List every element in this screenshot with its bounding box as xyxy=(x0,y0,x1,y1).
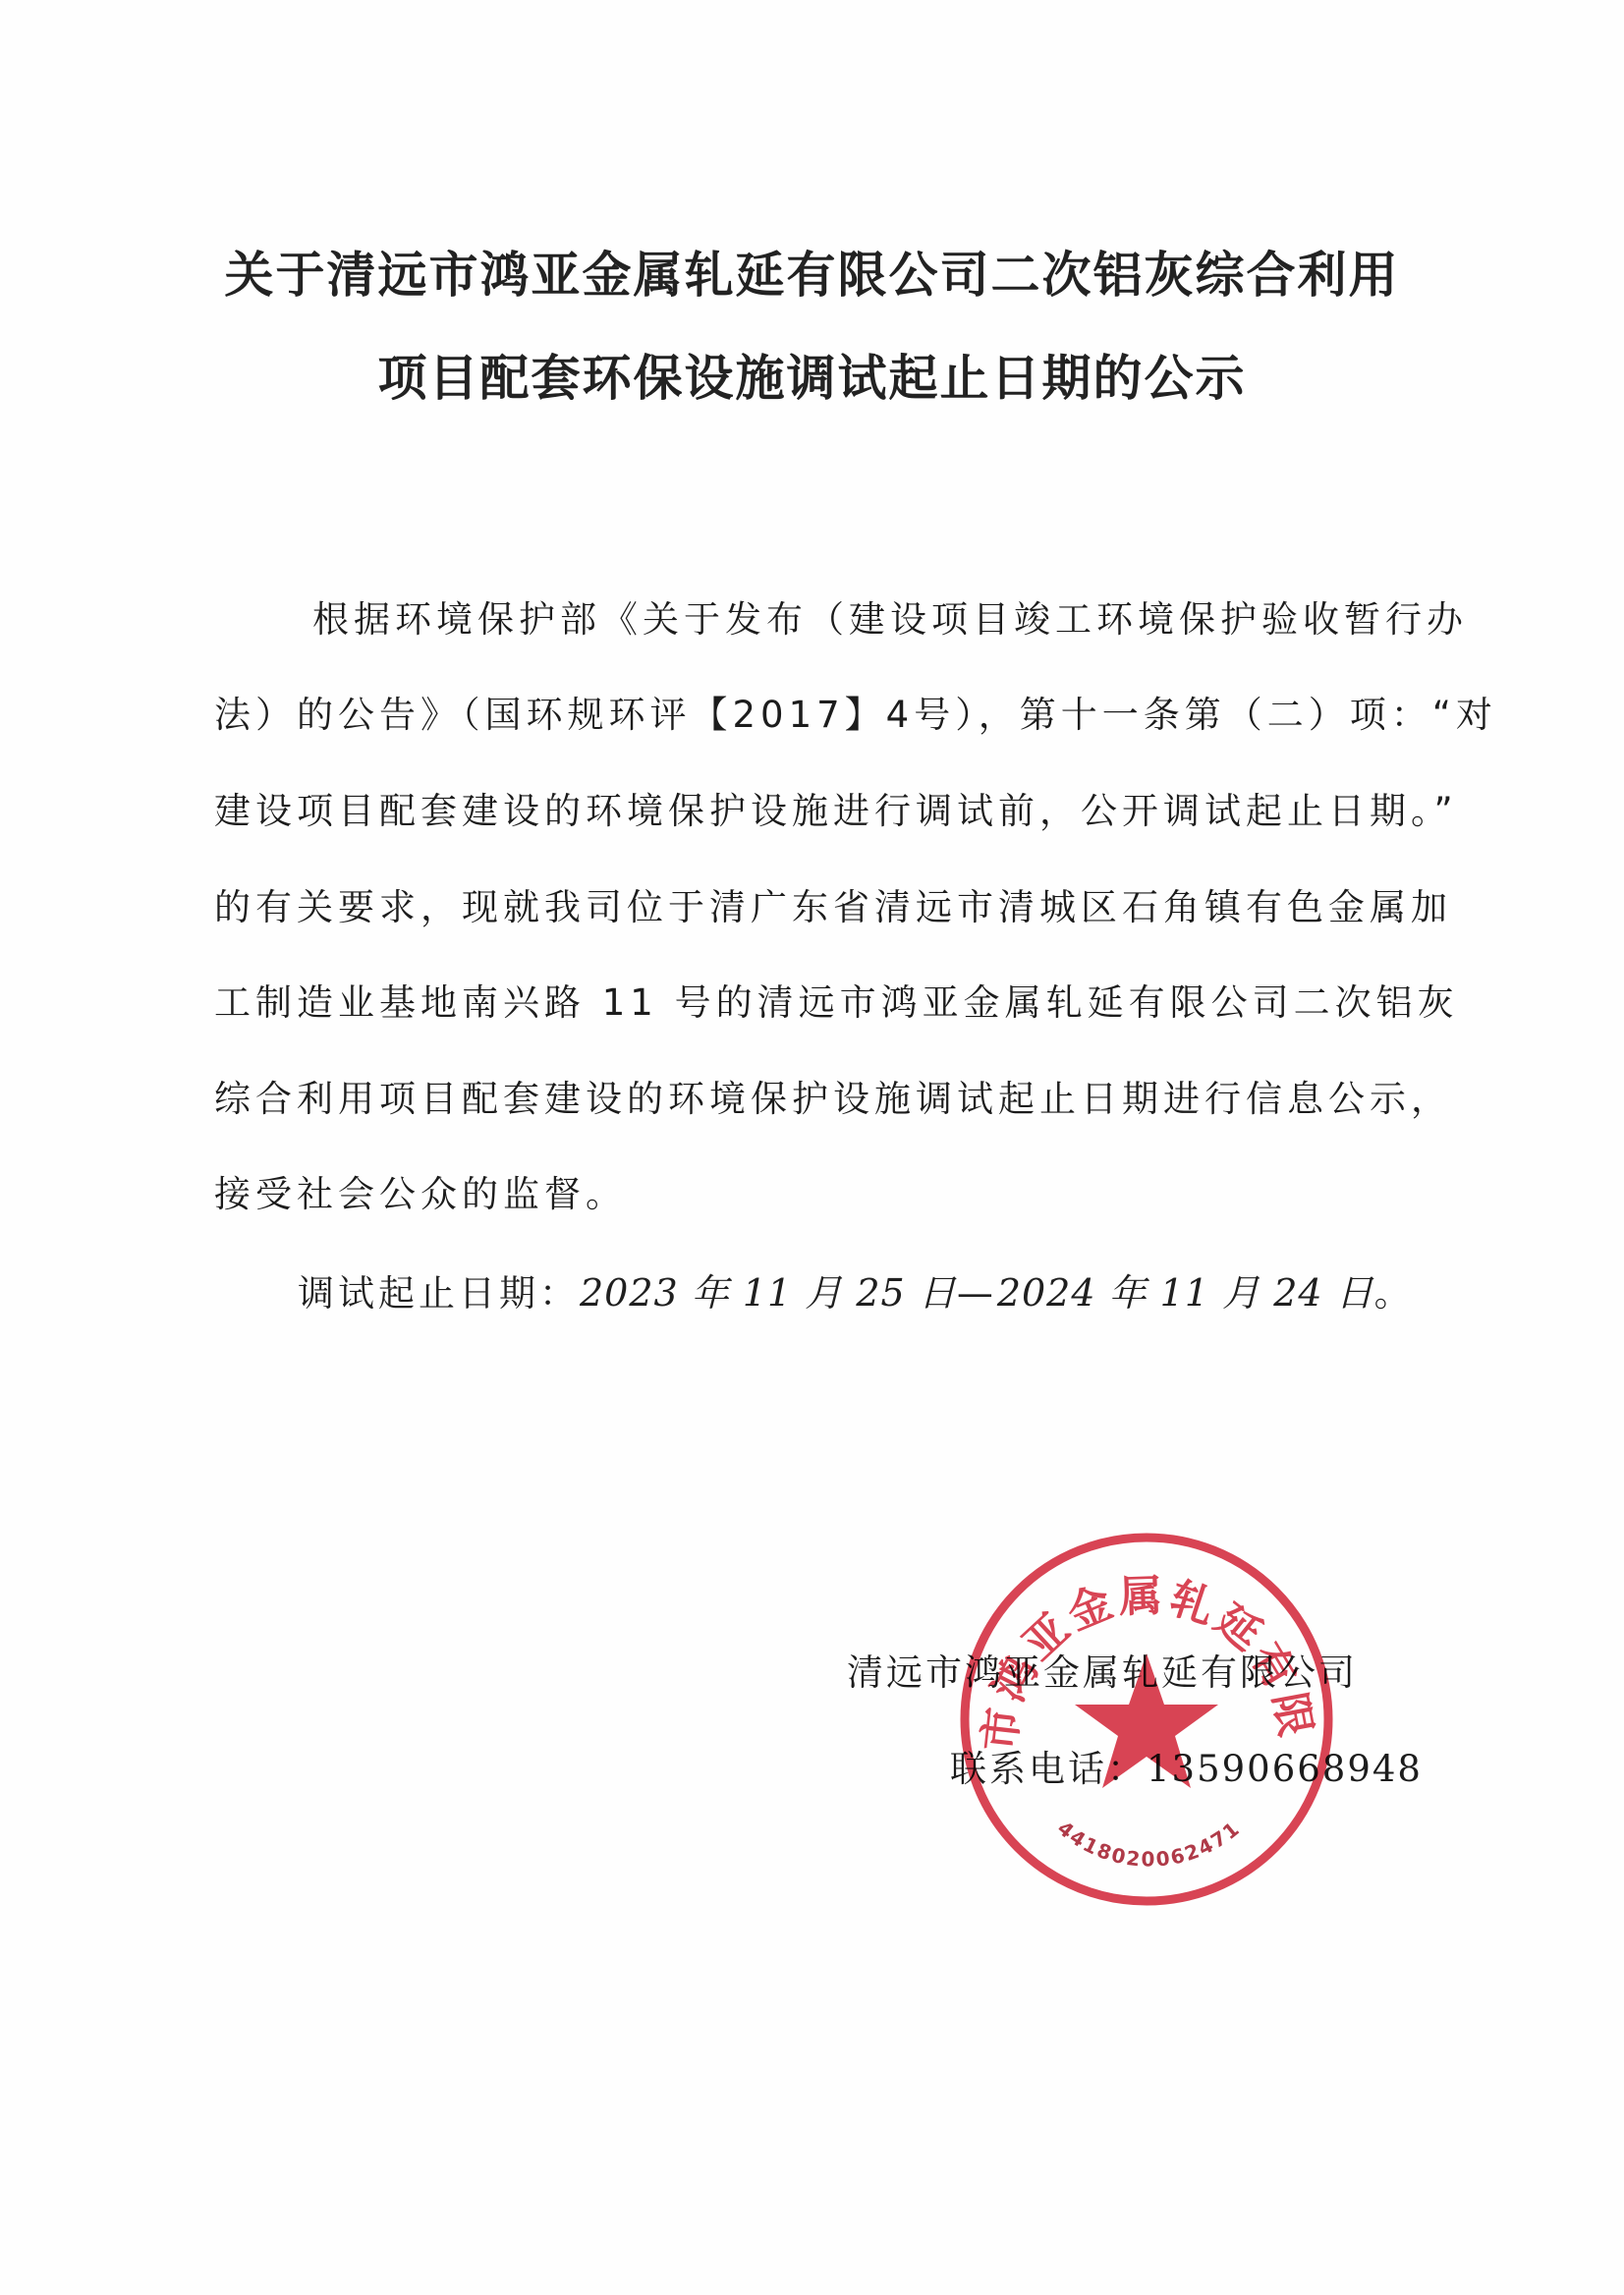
svg-text:4418020062471: 4418020062471 xyxy=(1053,1816,1245,1871)
debug-period-line: 调试起止日期：2023 年 11 月 25 日—2024 年 11 月 24 日… xyxy=(298,1262,1415,1316)
debug-period-separator: — xyxy=(957,1272,997,1315)
debug-period-end: 2024 年 11 月 24 日 xyxy=(997,1271,1374,1315)
signature-phone-line: 联系电话：13590668948 xyxy=(950,1739,1423,1792)
debug-period-punct: 。 xyxy=(1374,1272,1415,1315)
body-paragraph-line: 根据环境保护部《关于发布（建设项目竣工环境保护验收暂行办 xyxy=(312,589,1590,643)
svg-text:清远市鸿亚金属轧延有限公司: 清远市鸿亚金属轧延有限公司 xyxy=(955,1528,1321,1754)
phone-number: 13590668948 xyxy=(1147,1748,1423,1790)
body-paragraph-line: 建设项目配套建设的环境保护设施进行调试前，公开调试起止日期。” xyxy=(214,781,1491,834)
body-paragraph-line: 综合利用项目配套建设的环境保护设施调试起止日期进行信息公示， xyxy=(214,1069,1491,1122)
title-line-1: 关于清远市鸿亚金属轧延有限公司二次铝灰综合利用 xyxy=(0,236,1624,307)
title-line-2: 项目配套环保设施调试起止日期的公示 xyxy=(0,339,1624,410)
phone-label: 联系电话： xyxy=(950,1748,1147,1790)
signature-company: 清远市鸿亚金属轧延有限公司 xyxy=(847,1643,1358,1696)
debug-period-start: 2023 年 11 月 25 日 xyxy=(580,1271,957,1315)
document-page: 关于清远市鸿亚金属轧延有限公司二次铝灰综合利用 项目配套环保设施调试起止日期的公… xyxy=(0,0,1624,2295)
body-paragraph-line: 法）的公告》（国环规环评【2017】4号），第十一条第（二）项：“对 xyxy=(214,685,1491,738)
body-paragraph-line: 接受社会公众的监督。 xyxy=(214,1164,1491,1217)
body-paragraph-line: 工制造业基地南兴路 11 号的清远市鸿亚金属轧延有限公司二次铝灰 xyxy=(214,973,1491,1026)
body-paragraph-line: 的有关要求，现就我司位于清广东省清远市清城区石角镇有色金属加 xyxy=(214,877,1491,930)
company-seal-stamp-icon: 清远市鸿亚金属轧延有限公司 4418020062471 xyxy=(955,1528,1338,1911)
debug-period-label: 调试起止日期： xyxy=(298,1272,580,1315)
